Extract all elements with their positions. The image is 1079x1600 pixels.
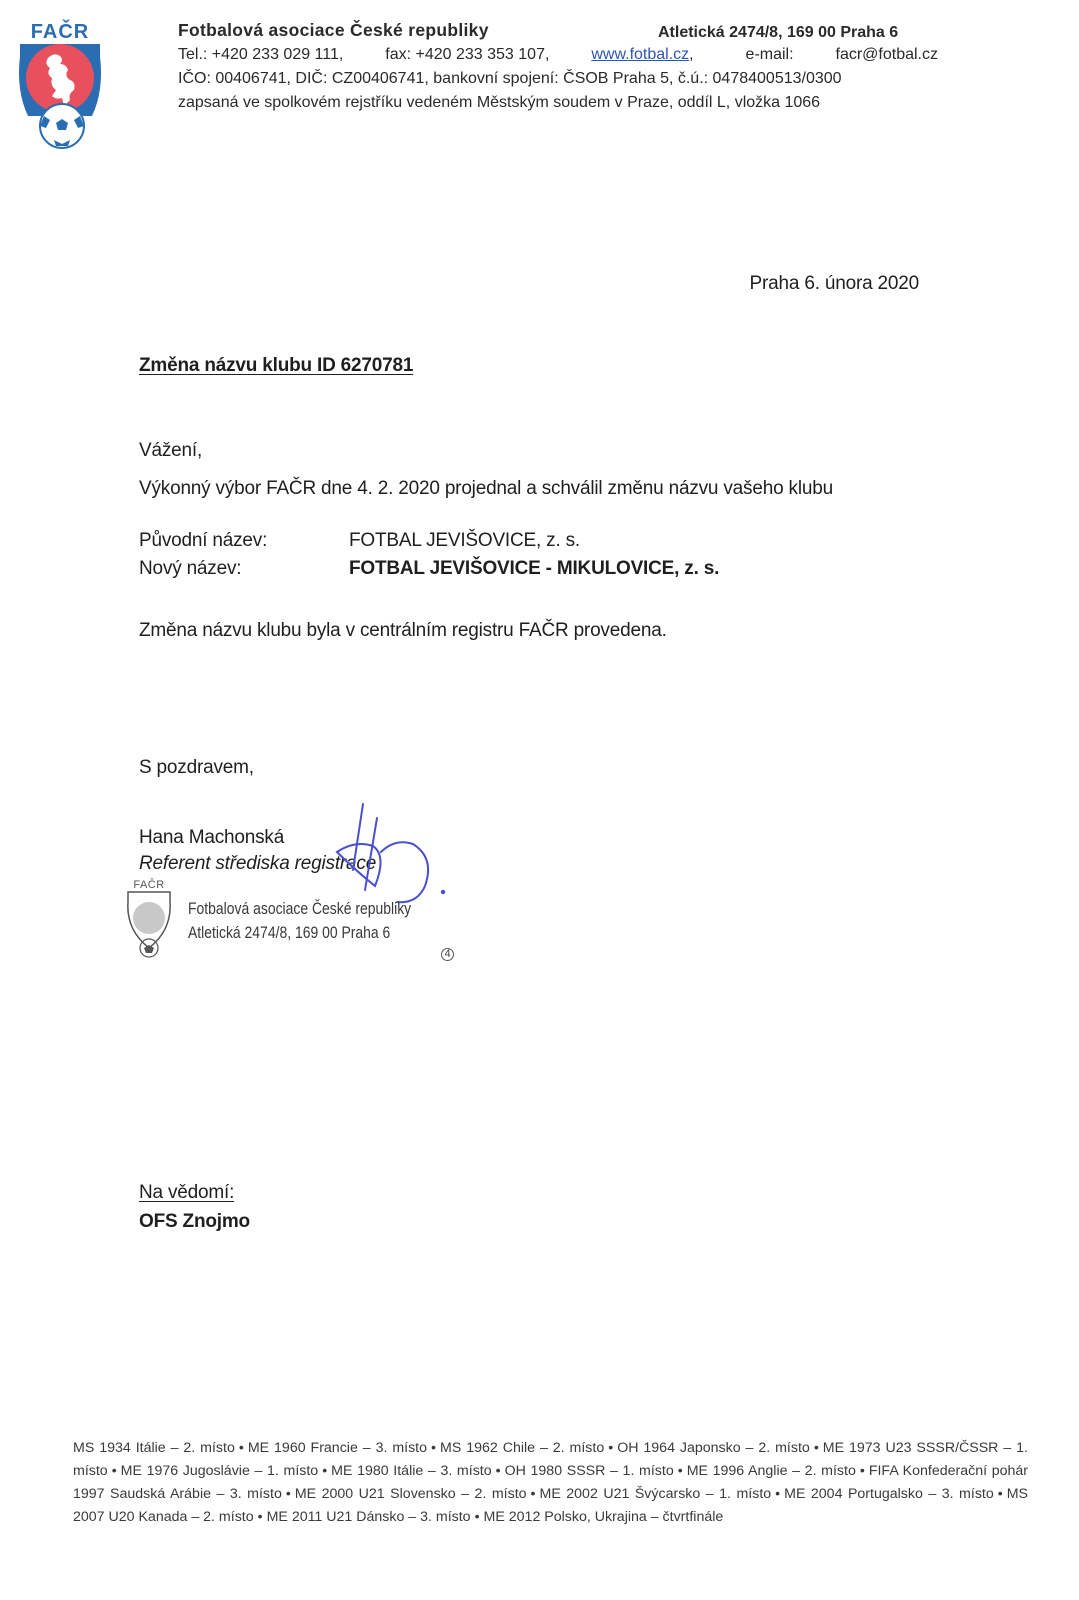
fax: fax: +420 233 353 107, [385,46,549,64]
svg-text:FAČR: FAČR [133,878,164,891]
footer-achievements: MS 1934 Itálie – 2. místo•ME 1960 Franci… [73,1437,1028,1529]
new-name-value: FOTBAL JEVIŠOVICE - MIKULOVICE, z. s. [349,558,719,580]
confirmation-paragraph: Změna názvu klubu byla v centrálním regi… [139,620,667,642]
footer-achievement: MS 1962 Chile – 2. místo [440,1440,604,1456]
footer-separator: • [860,1463,865,1479]
cc-label: Na vědomí: [139,1182,234,1204]
footer-achievement: ME 1980 Itálie – 3. místo [331,1463,491,1479]
footer-achievement: ME 1976 Jugoslávie – 1. místo [121,1463,319,1479]
footer-separator: • [496,1463,501,1479]
svg-text:FAČR: FAČR [31,19,89,43]
footer-separator: • [775,1486,780,1502]
signature-icon [325,800,470,910]
original-name-label: Původní název: [139,530,267,552]
contact-line: Tel.: +420 233 029 111, fax: +420 233 35… [178,46,938,64]
stamp-logo-icon: FAČR [124,878,174,960]
letter-subject: Změna názvu klubu ID 6270781 [139,355,413,377]
organization-address: Atletická 2474/8, 169 00 Praha 6 [658,24,898,42]
phone: Tel.: +420 233 029 111, [178,46,343,64]
stamp-address: Atletická 2474/8, 169 00 Praha 6 [188,923,390,943]
footer-separator: • [258,1509,263,1525]
closing: S pozdravem, [139,757,254,779]
footer-achievement: ME 2004 Portugalsko – 3. místo [784,1486,994,1502]
footer-separator: • [286,1486,291,1502]
footer-achievement: OH 1980 SSSR – 1. místo [505,1463,674,1479]
organization-name: Fotbalová asociace České republiky [178,20,489,41]
footer-separator: • [112,1463,117,1479]
footer-achievement: MS 1934 Itálie – 2. místo [73,1440,235,1456]
email-label: e-mail: [746,46,794,64]
new-name-label: Nový název: [139,558,241,580]
footer-separator: • [431,1440,436,1456]
website-group: www.fotbal.cz, [591,46,703,64]
intro-paragraph: Výkonný výbor FAČR dne 4. 2. 2020 projed… [139,478,833,500]
footer-achievement: ME 1960 Francie – 3. místo [248,1440,427,1456]
facr-logo-icon: FAČR [14,16,106,150]
footer-separator: • [608,1440,613,1456]
website-link[interactable]: www.fotbal.cz [591,46,689,63]
footer-separator: • [814,1440,819,1456]
register-note: zapsaná ve spolkovém rejstříku vedeném M… [178,94,938,112]
footer-separator: • [322,1463,327,1479]
signer-name: Hana Machonská [139,827,284,849]
footer-achievement: ME 2000 U21 Slovensko – 2. místo [295,1486,527,1502]
footer-separator: • [678,1463,683,1479]
cc-value: OFS Znojmo [139,1211,250,1233]
footer-separator: • [998,1486,1003,1502]
footer-achievement: ME 2011 U21 Dánsko – 3. místo [267,1509,471,1525]
stamp-number: 4 [441,948,454,961]
stamp-organization: Fotbalová asociace České republiky [188,899,411,919]
registration-line: IČO: 00406741, DIČ: CZ00406741, bankovní… [178,70,938,88]
footer-achievement: ME 2012 Polsko, Ukrajina – čtvrtfinále [484,1509,724,1525]
footer-separator: • [239,1440,244,1456]
letter-date: Praha 6. února 2020 [750,273,919,295]
email: facr@fotbal.cz [836,46,939,64]
original-name-value: FOTBAL JEVIŠOVICE, z. s. [349,530,580,552]
footer-achievement: ME 2002 U21 Švýcarsko – 1. místo [540,1486,772,1502]
greeting: Vážení, [139,440,202,462]
footer-achievement: ME 1996 Anglie – 2. místo [687,1463,856,1479]
footer-separator: • [475,1509,480,1525]
footer-separator: • [531,1486,536,1502]
footer-achievement: OH 1964 Japonsko – 2. místo [617,1440,810,1456]
